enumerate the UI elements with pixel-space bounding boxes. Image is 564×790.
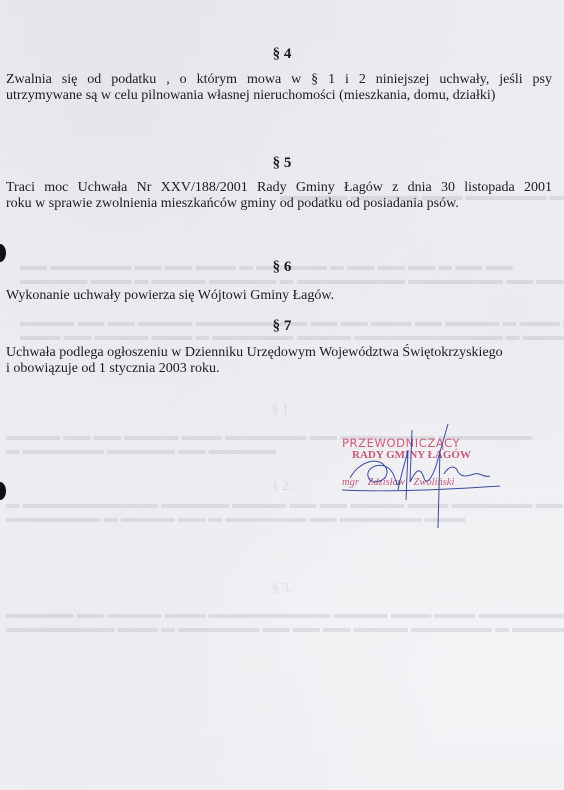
section-5-text: Traci moc Uchwała Nr XXV/188/2001 Rady G… (6, 180, 552, 212)
text-line: Zwalnia się od podatku , o którym mowa w… (6, 72, 552, 88)
scanned-page: ▬▬▬▬▬ ▬▬▬▬▬ ▬▬▬ ▬▬▬▬▬▬ ▬▬▬▬ ▬▬ ▬▬▬▬▬▬ ▬▬… (0, 0, 564, 790)
section-mark-7: § 7 (0, 318, 564, 334)
text-line: Traci moc Uchwała Nr XXV/188/2001 Rady G… (6, 180, 552, 196)
bleed-through-mark: § 3. (0, 580, 564, 595)
stamp-title: PRZEWODNICZĄCY (342, 436, 460, 450)
stamp-name: mgr Zdzisław Zwoliński (342, 477, 454, 488)
text-line: i obowiązuje od 1 stycznia 2003 roku. (6, 361, 552, 377)
section-6-text: Wykonanie uchwały powierza się Wójtowi G… (6, 288, 552, 304)
text-line: Wykonanie uchwały powierza się Wójtowi G… (6, 288, 552, 304)
text-line: utrzymywane są w celu pilnowania własnej… (6, 88, 552, 104)
bleed-through-text: ▬▬▬▬▬ ▬▬ ▬▬▬▬ ▬▬▬ ▬▬▬▬▬▬▬▬▬ ▬▬▬▬ ▬▬▬ ▬▬▬… (6, 606, 564, 621)
section-7-text: Uchwała podlega ogłoszeniu w Dzienniku U… (6, 345, 552, 377)
section-mark-4: § 4 (0, 46, 564, 62)
text-line: Uchwała podlega ogłoszeniu w Dzienniku U… (6, 345, 552, 361)
bleed-through-text: ▬▬▬▬▬▬▬▬ ▬▬▬ ▬ ▬▬▬▬▬▬ ▬▬ ▬▬ ▬▬ ▬▬▬▬ ▬▬▬▬… (6, 620, 564, 635)
bleed-through-text: ▬▬▬▬▬▬▬ ▬ ▬▬▬▬ ▬▬ ▬ ▬▬▬▬▬▬ ▬▬ ▬▬▬▬▬▬ ▬▬▬ (6, 510, 465, 525)
punch-hole (0, 482, 6, 500)
section-4-text: Zwalnia się od podatku , o którym mowa w… (6, 72, 552, 104)
section-mark-5: § 5 (0, 155, 564, 171)
stamp-council: RADY GMINY ŁAGÓW (352, 449, 471, 461)
section-mark-6: § 6 (0, 259, 564, 275)
bleed-through-text: ▬ ▬▬▬▬▬▬▬▬▬▬ ▬▬▬▬▬ ▬▬▬▬ ▬▬ ▬▬ ▬▬▬▬ ▬▬▬ ▬… (6, 496, 564, 511)
bleed-through-text: ▬ ▬▬▬▬▬▬ ▬▬▬▬▬ ▬▬ ▬▬▬▬▬ (6, 442, 276, 457)
official-stamp: PRZEWODNICZĄCY RADY GMINY ŁAGÓW mgr Zdzi… (336, 436, 506, 496)
text-line: roku w sprawie zwolnienia mieszkańców gm… (6, 196, 552, 212)
bleed-through-mark: § 1. (0, 402, 564, 417)
